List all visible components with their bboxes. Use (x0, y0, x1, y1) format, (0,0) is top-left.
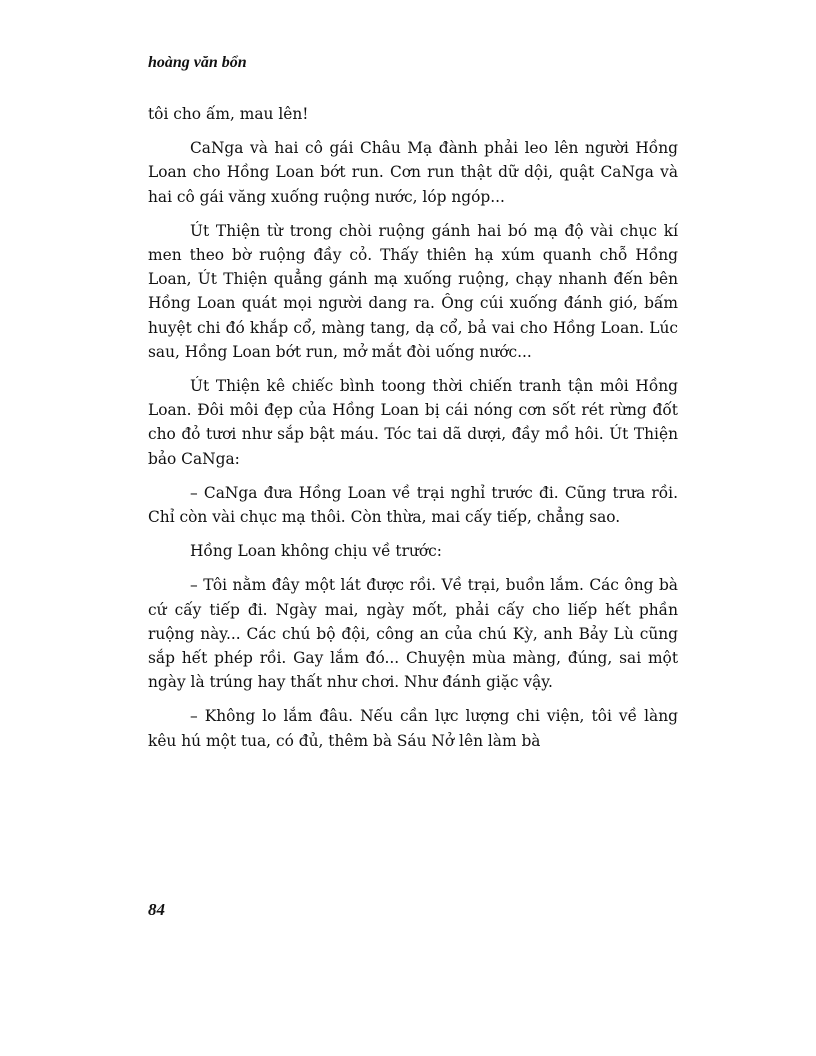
dialogue-paragraph: – CaNga đưa Hồng Loan về trại nghỉ trước… (148, 481, 678, 529)
paragraph: tôi cho ấm, mau lên! (148, 102, 678, 126)
paragraph: CaNga và hai cô gái Châu Mạ đành phải le… (148, 136, 678, 209)
running-head: hoàng văn bổn (148, 54, 247, 72)
page-number: 84 (148, 900, 165, 920)
paragraph: Hồng Loan không chịu về trước: (148, 539, 678, 563)
paragraph: Út Thiện từ trong chòi ruộng gánh hai bó… (148, 219, 678, 364)
body-text: tôi cho ấm, mau lên! CaNga và hai cô gái… (148, 102, 678, 763)
dialogue-paragraph: – Tôi nằm đây một lát được rồi. Về trại,… (148, 573, 678, 694)
dialogue-paragraph: – Không lo lắm đâu. Nếu cần lực lượng ch… (148, 704, 678, 752)
paragraph: Út Thiện kê chiếc bình toong thời chiến … (148, 374, 678, 471)
